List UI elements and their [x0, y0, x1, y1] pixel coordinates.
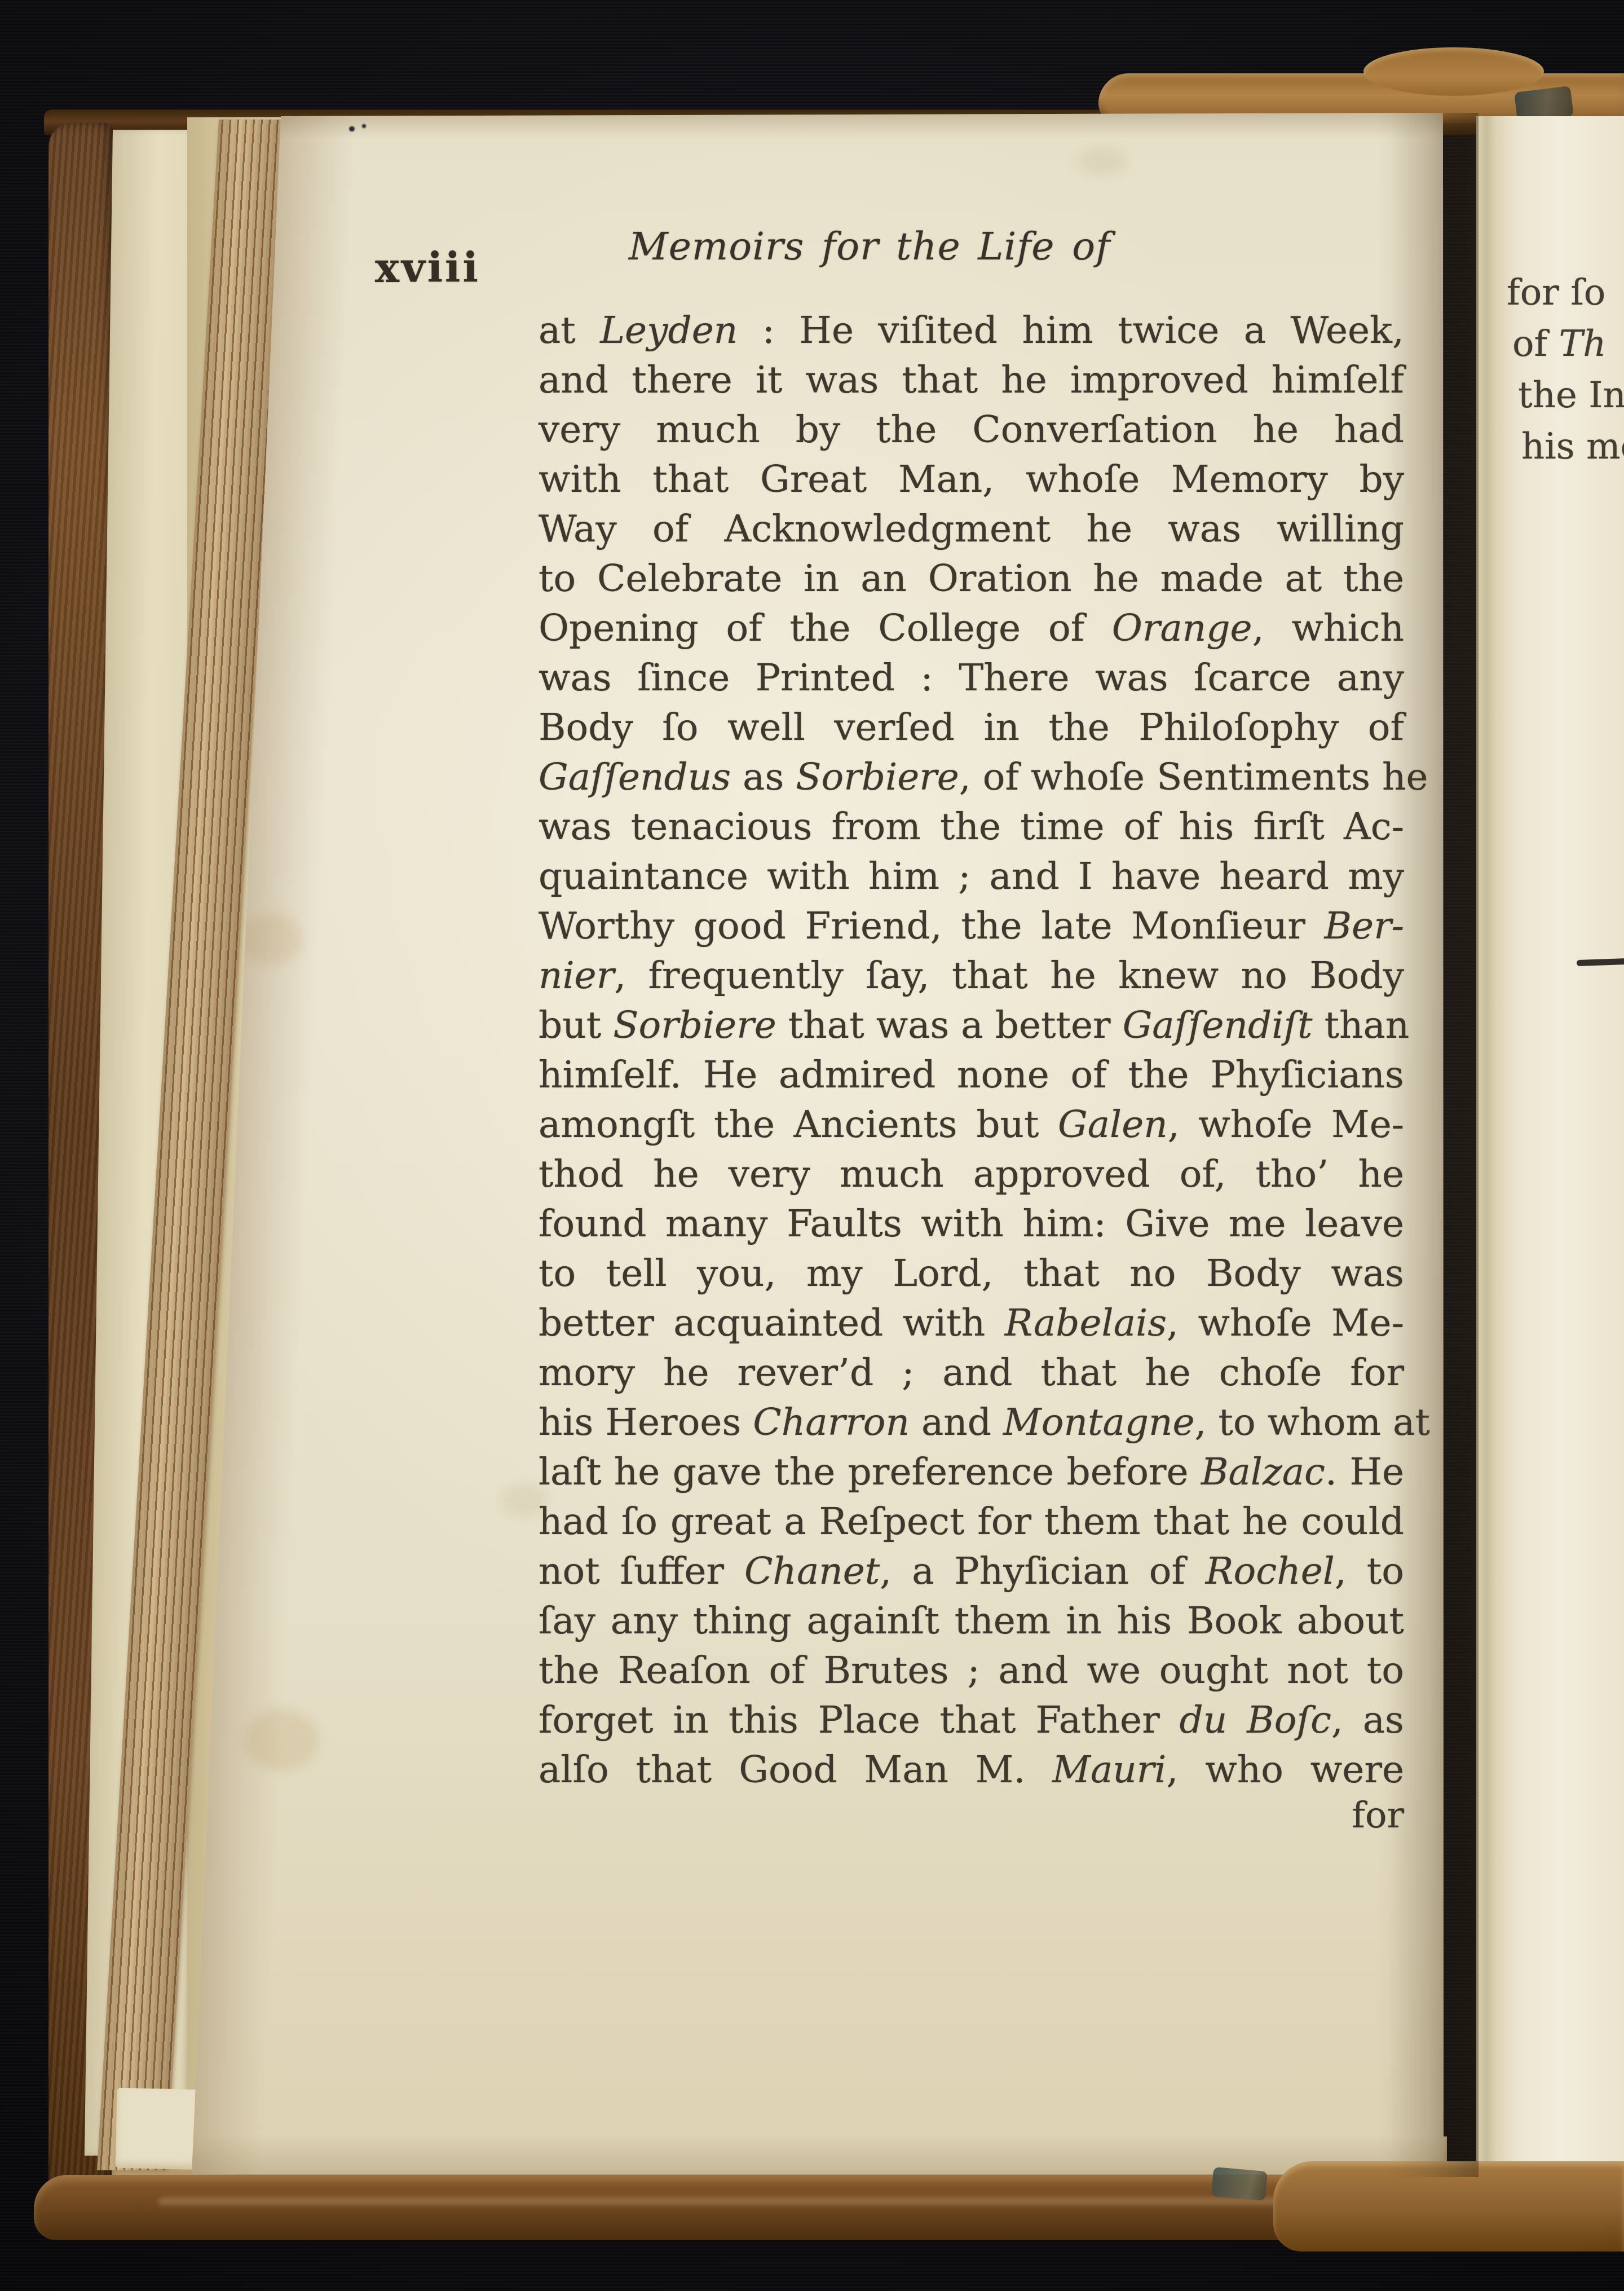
text-line: himſelf. He admired none of the Phyſicia…	[539, 1050, 1404, 1100]
text-line: laſt he gave the preference before Balza…	[539, 1447, 1404, 1497]
text-line: of Th	[1476, 319, 1624, 370]
text-line: had ſo great a Reſpect for them that he …	[539, 1497, 1404, 1547]
text-line: nier, frequently ſay, that he knew no Bo…	[539, 951, 1404, 1001]
text-line: forget in this Place that Father du Boſc…	[539, 1695, 1404, 1745]
foxing-stain	[1077, 147, 1128, 175]
text-line: with that Great Man, whoſe Memory by	[539, 455, 1404, 504]
text-line: Body ſo well verſed in the Philoſophy of	[539, 703, 1404, 752]
catchword-row: for	[539, 1795, 1404, 1836]
text-line: to Celebrate in an Oration he made at th…	[539, 554, 1404, 603]
running-title: Memoirs for the Life of	[629, 224, 1110, 269]
text-line: his mo	[1476, 421, 1624, 473]
text-line: mory he rever’d ; and that he choſe for	[539, 1348, 1404, 1398]
text-line: Gaſſendus as Sorbiere, of whoſe Sentimen…	[539, 752, 1404, 802]
text-line: not ſuffer Chanet, a Phyſician of Rochel…	[539, 1547, 1404, 1596]
gutter-shadow	[1388, 113, 1479, 2177]
text-line: the Reaſon of Brutes ; and we ought not …	[539, 1646, 1404, 1695]
text-line: very much by the Converſation he had	[539, 405, 1404, 455]
text-line: but Sorbiere that was a better Gaſſendiſ…	[539, 1001, 1404, 1050]
text-line: Worthy good Friend, the late Monſieur Be…	[539, 901, 1404, 951]
right-page-text: for ſoof Ththe Inhis mo	[1476, 267, 1624, 473]
text-line: thod he very much approved of, tho’ he	[539, 1149, 1404, 1199]
book-photo: xviii Memoirs for the Life of at Leyden …	[0, 0, 1624, 2291]
page-top-shadow	[186, 113, 1444, 139]
text-line: found many Faults with him: Give me leav…	[539, 1199, 1404, 1249]
text-line: alſo that Good Man M. Mauri, who were	[539, 1745, 1404, 1795]
body-text: at Leyden : He viſited him twice a Week,…	[539, 306, 1404, 1795]
ink-rule	[1577, 958, 1624, 966]
text-line: better acquainted with Rabelais, whoſe M…	[539, 1298, 1404, 1348]
text-line: the In	[1476, 370, 1624, 421]
left-page: xviii Memoirs for the Life of at Leyden …	[186, 113, 1444, 2174]
text-line: Opening of the College of Orange, which	[539, 603, 1404, 653]
text-line: his Heroes Charron and Montagne, to whom…	[539, 1398, 1404, 1447]
foxing-stain	[502, 1483, 547, 1517]
page-bottom-shadow	[186, 2135, 1444, 2174]
text-line: at Leyden : He viſited him twice a Week,	[539, 306, 1404, 355]
text-line: was tenacious from the time of his firſt…	[539, 802, 1404, 852]
text-line: quaintance with him ; and I have heard m…	[539, 852, 1404, 901]
text-line: and there it was that he improved himſel…	[539, 355, 1404, 405]
foxing-stain	[245, 1709, 318, 1771]
foxing-stain	[240, 914, 302, 964]
text-line: to tell you, my Lord, that no Body was	[539, 1249, 1404, 1298]
text-line: Way of Acknowledgment he was willing	[539, 504, 1404, 554]
text-line: amongſt the Ancients but Galen, whoſe Me…	[539, 1100, 1404, 1149]
text-line: was ſince Printed : There was ſcarce any	[539, 653, 1404, 703]
right-page-edge: for ſoof Ththe Inhis mo	[1476, 116, 1624, 2175]
text-line: for ſo	[1476, 267, 1624, 319]
leather-wear-mark-bottom	[1211, 2167, 1268, 2201]
ink-spot	[349, 126, 355, 131]
page-number: xviii	[375, 244, 480, 292]
text-line: ſay any thing againſt them in his Book a…	[539, 1596, 1404, 1646]
